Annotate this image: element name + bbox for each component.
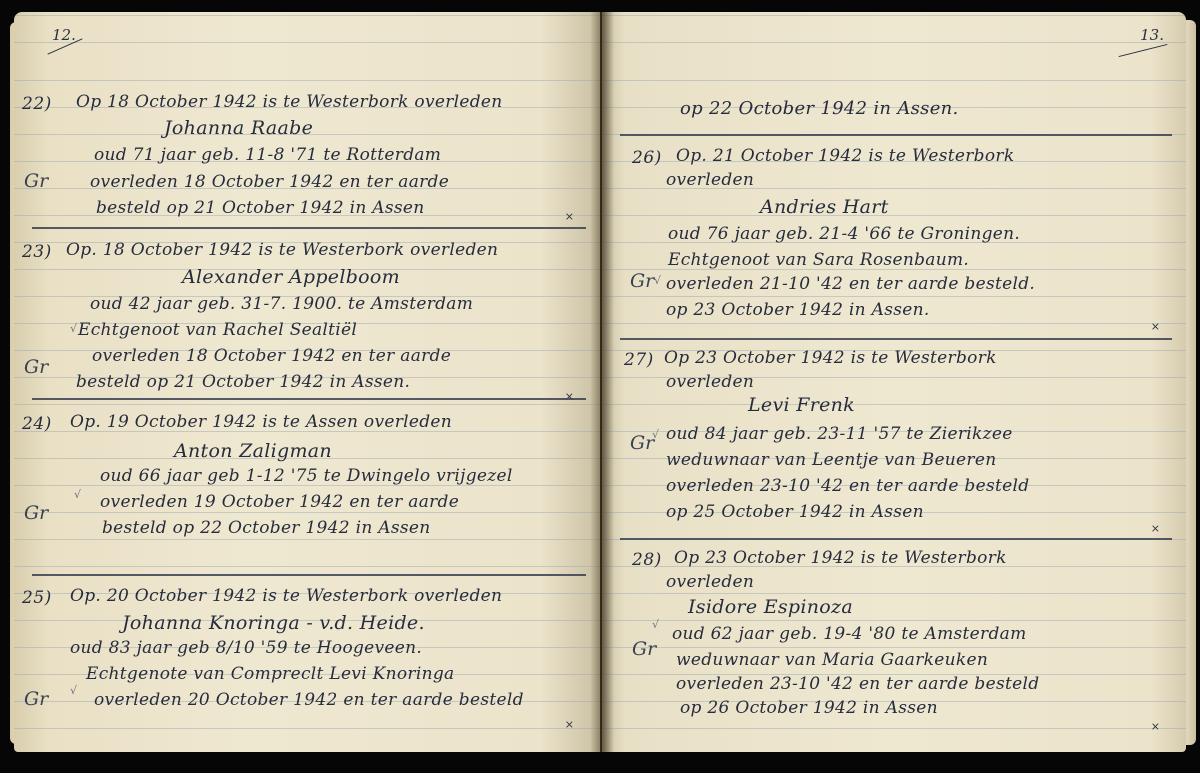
- right-page: 13. op 22 October 1942 in Assen. 26) Op.…: [602, 12, 1186, 752]
- entry-number: 22): [22, 94, 52, 114]
- person-name: Anton Zaligman: [174, 440, 332, 462]
- page-number: 12.: [52, 26, 76, 44]
- entry-line: oud 42 jaar geb. 31-7. 1900. te Amsterda…: [90, 294, 473, 314]
- entry-number: 25): [22, 588, 52, 608]
- entry-line: oud 62 jaar geb. 19-4 '80 te Amsterdam: [672, 624, 1027, 644]
- entry-number: 23): [22, 242, 52, 262]
- entry-separator: [32, 574, 586, 576]
- entry-line: overleden 19 October 1942 en ter aarde: [100, 492, 459, 512]
- continuation-line: op 22 October 1942 in Assen.: [680, 98, 959, 119]
- entry-line: op 26 October 1942 in Assen: [680, 698, 938, 718]
- entry-line: weduwnaar van Leentje van Beueren: [666, 450, 996, 470]
- entry-separator: [32, 398, 586, 400]
- person-name: Isidore Espinoza: [688, 596, 853, 618]
- entry-line: overleden 23-10 '42 en ter aarde besteld: [676, 674, 1039, 694]
- margin-initial-mark: Gr: [24, 170, 48, 192]
- person-name: Johanna Knoringa - v.d. Heide.: [122, 612, 425, 634]
- check-mark: √: [652, 428, 659, 441]
- check-mark: √: [74, 488, 81, 501]
- entry-separator: [32, 227, 586, 229]
- register-entry: 22) Op 18 October 1942 is te Westerbork …: [14, 72, 600, 222]
- entry-line: besteld op 21 October 1942 in Assen: [96, 198, 425, 218]
- entry-number: 26): [632, 148, 662, 168]
- register-entry: 28) Op 23 October 1942 is te Westerbork …: [602, 542, 1186, 742]
- check-mark: √: [652, 618, 659, 631]
- entry-line: besteld op 22 October 1942 in Assen: [102, 518, 431, 538]
- entry-end-mark: ×: [1151, 320, 1160, 333]
- entry-line: Op 18 October 1942 is te Westerbork over…: [76, 92, 503, 112]
- entry-line: Echtgenoot van Rachel Sealtiël: [78, 320, 357, 340]
- entry-separator: [620, 338, 1172, 340]
- entry-line: oud 83 jaar geb 8/10 '59 te Hoogeveen.: [70, 638, 422, 658]
- entry-end-mark: ×: [565, 390, 574, 403]
- entry-line: Op. 18 October 1942 is te Westerbork ove…: [66, 240, 498, 260]
- check-mark: √: [654, 274, 661, 287]
- entry-line: overleden: [666, 572, 754, 592]
- entry-line: overleden 21-10 '42 en ter aarde besteld…: [666, 274, 1035, 294]
- register-entry: 23) Op. 18 October 1942 is te Westerbork…: [14, 232, 600, 402]
- entry-line: oud 76 jaar geb. 21-4 '66 te Groningen.: [668, 224, 1020, 244]
- entry-number: 27): [624, 350, 654, 370]
- person-name: Levi Frenk: [748, 394, 855, 416]
- person-name: Alexander Appelboom: [182, 266, 400, 288]
- register-entry: 25) Op. 20 October 1942 is te Westerbork…: [14, 578, 600, 752]
- entry-end-mark: ×: [1151, 522, 1160, 535]
- entry-line: Op 23 October 1942 is te Westerbork: [674, 548, 1007, 568]
- entry-end-mark: ×: [1151, 720, 1160, 733]
- entry-line: op 23 October 1942 in Assen.: [666, 300, 930, 320]
- entry-number: 28): [632, 550, 662, 570]
- entry-line: op 25 October 1942 in Assen: [666, 502, 924, 522]
- register-entry: 27) Op 23 October 1942 is te Westerbork …: [602, 342, 1186, 537]
- margin-initial-mark: Gr: [24, 688, 48, 710]
- entry-line: Op. 19 October 1942 is te Assen overlede…: [70, 412, 452, 432]
- entry-line: oud 66 jaar geb 1-12 '75 te Dwingelo vri…: [100, 466, 513, 486]
- margin-initial-mark: Gr: [24, 356, 48, 378]
- open-register-book: 12. 22) Op 18 October 1942 is te Westerb…: [0, 0, 1200, 773]
- check-mark: √: [70, 684, 77, 697]
- entry-line: Echtgenoot van Sara Rosenbaum.: [668, 250, 969, 270]
- register-entry: 24) Op. 19 October 1942 is te Assen over…: [14, 404, 600, 564]
- left-page: 12. 22) Op 18 October 1942 is te Westerb…: [14, 12, 600, 752]
- entry-line: Echtgenote van Compreclt Levi Knoringa: [86, 664, 454, 684]
- person-name: Andries Hart: [760, 196, 889, 218]
- entry-line: oud 84 jaar geb. 23-11 '57 te Zierikzee: [666, 424, 1013, 444]
- margin-initial-mark: Gr: [632, 638, 656, 660]
- check-mark: √: [70, 322, 77, 335]
- entry-line: weduwnaar van Maria Gaarkeuken: [676, 650, 988, 670]
- entry-separator: [620, 538, 1172, 540]
- entry-end-mark: ×: [565, 210, 574, 223]
- entry-line: Op. 21 October 1942 is te Westerbork: [676, 146, 1014, 166]
- entry-line: besteld op 21 October 1942 in Assen.: [76, 372, 410, 392]
- register-entry: 26) Op. 21 October 1942 is te Westerbork…: [602, 138, 1186, 338]
- entry-line: Op 23 October 1942 is te Westerbork: [664, 348, 997, 368]
- entry-line: overleden 23-10 '42 en ter aarde besteld: [666, 476, 1029, 496]
- margin-initial-mark: Gr: [630, 270, 654, 292]
- entry-line: overleden 18 October 1942 en ter aarde: [90, 172, 449, 192]
- entry-line: overleden: [666, 372, 754, 392]
- entry-line: overleden 20 October 1942 en ter aarde b…: [94, 690, 524, 710]
- margin-initial-mark: Gr: [24, 502, 48, 524]
- person-name: Johanna Raabe: [164, 117, 313, 139]
- entry-separator: [620, 134, 1172, 136]
- entry-end-mark: ×: [565, 718, 574, 731]
- margin-initial-mark: Gr: [630, 432, 654, 454]
- entry-line: Op. 20 October 1942 is te Westerbork ove…: [70, 586, 502, 606]
- page-number: 13.: [1140, 26, 1164, 44]
- entry-line: overleden 18 October 1942 en ter aarde: [92, 346, 451, 366]
- entry-line: oud 71 jaar geb. 11-8 '71 te Rotterdam: [94, 145, 441, 165]
- entry-number: 24): [22, 414, 52, 434]
- entry-line: overleden: [666, 170, 754, 190]
